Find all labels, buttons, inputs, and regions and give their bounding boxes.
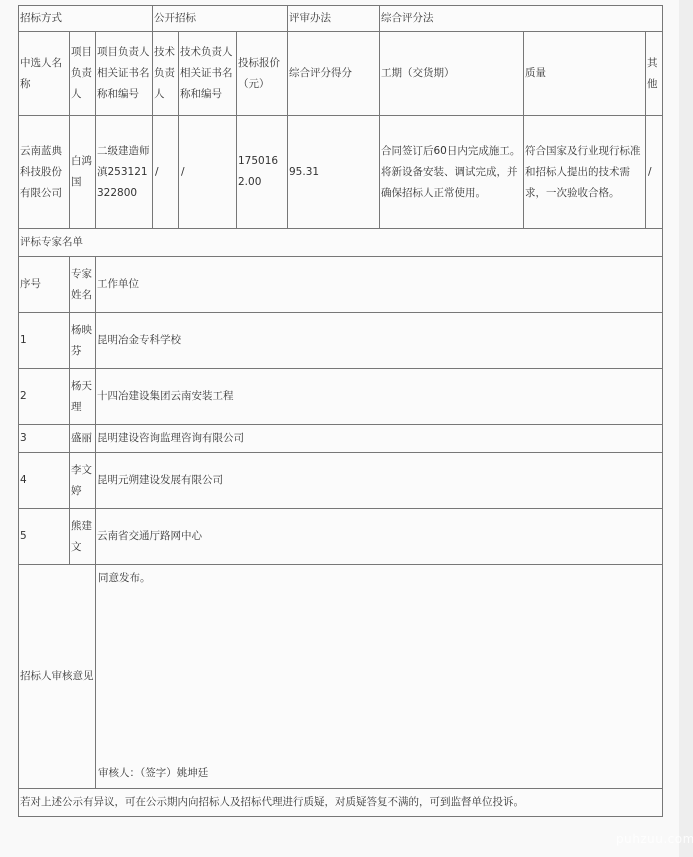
- expert-row: 1 杨映芬 昆明冶金专科学校: [19, 313, 663, 369]
- expert-seq: 5: [19, 509, 70, 565]
- procurement-row: 招标方式 公开招标 评审办法 综合评分法: [19, 6, 663, 32]
- header-quality: 质量: [524, 32, 646, 116]
- expert-name: 杨天理: [70, 369, 96, 425]
- expert-unit: 昆明建设咨询监理咨询有限公司: [96, 425, 663, 453]
- header-name: 中选人名称: [19, 32, 70, 116]
- expert-name: 熊建文: [70, 509, 96, 565]
- expert-unit: 云南省交通厅路网中心: [96, 509, 663, 565]
- winner-duration: 合同签订后60日内完成施工。将新设备安装、调试完成，并确保招标人正常使用。: [380, 116, 524, 229]
- winner-pm-cert: 二级建造师滇253121322800: [96, 116, 153, 229]
- evaluation-label: 评审办法: [288, 6, 380, 32]
- evaluation-value: 综合评分法: [380, 6, 663, 32]
- expert-row: 5 熊建文 云南省交通厅路网中心: [19, 509, 663, 565]
- winner-tech-lead: /: [153, 116, 179, 229]
- expert-seq: 2: [19, 369, 70, 425]
- review-label: 招标人审核意见: [19, 565, 96, 789]
- header-tech-cert: 技术负责人相关证书名称和编号: [179, 32, 237, 116]
- header-tech-lead: 技术负责人: [153, 32, 179, 116]
- header-bid-price: 投标报价（元）: [237, 32, 288, 116]
- reviewer-signature: 审核人：（签字）姚坤廷: [98, 763, 208, 784]
- review-row: 招标人审核意见 同意发布。 审核人：（签字）姚坤廷: [19, 565, 663, 789]
- winner-name: 云南蓝典科技股份有限公司: [19, 116, 70, 229]
- expert-header-name: 专家姓名: [70, 257, 96, 313]
- header-pm-cert: 项目负责人相关证书名称和编号: [96, 32, 153, 116]
- winner-header-row: 中选人名称 项目负责人 项目负责人相关证书名称和编号 技术负责人 技术负责人相关…: [19, 32, 663, 116]
- experts-title-row: 评标专家名单: [19, 229, 663, 257]
- header-pm: 项目负责人: [70, 32, 96, 116]
- watermark: puhzuu.com: [616, 832, 693, 846]
- expert-name: 李文婷: [70, 453, 96, 509]
- winner-quality: 符合国家及行业现行标准和招标人提出的技术需求，一次验收合格。: [524, 116, 646, 229]
- expert-row: 2 杨天理 十四冶建设集团云南安装工程: [19, 369, 663, 425]
- review-opinion: 同意发布。: [98, 568, 151, 589]
- method-value: 公开招标: [153, 6, 288, 32]
- expert-name: 盛丽: [70, 425, 96, 453]
- expert-name: 杨映芬: [70, 313, 96, 369]
- expert-seq: 1: [19, 313, 70, 369]
- experts-header-row: 序号 专家姓名 工作单位: [19, 257, 663, 313]
- header-other: 其他: [646, 32, 663, 116]
- method-label: 招标方式: [19, 6, 153, 32]
- winner-row: 云南蓝典科技股份有限公司 白鸿国 二级建造师滇253121322800 / / …: [19, 116, 663, 229]
- expert-header-seq: 序号: [19, 257, 70, 313]
- expert-header-unit: 工作单位: [96, 257, 663, 313]
- footer-note: 若对上述公示有异议，可在公示期内向招标人及招标代理进行质疑，对质疑答复不满的，可…: [19, 789, 663, 817]
- expert-unit: 昆明冶金专科学校: [96, 313, 663, 369]
- winner-pm: 白鸿国: [70, 116, 96, 229]
- footer-note-row: 若对上述公示有异议，可在公示期内向招标人及招标代理进行质疑，对质疑答复不满的，可…: [19, 789, 663, 817]
- winner-bid-price: 1750162.00: [237, 116, 288, 229]
- winner-score: 95.31: [288, 116, 380, 229]
- winner-tech-cert: /: [179, 116, 237, 229]
- header-score: 综合评分得分: [288, 32, 380, 116]
- expert-unit: 十四冶建设集团云南安装工程: [96, 369, 663, 425]
- experts-section-title: 评标专家名单: [19, 229, 663, 257]
- bid-result-table: 招标方式 公开招标 评审办法 综合评分法 中选人名称 项目负责人 项目负责人相关…: [18, 5, 663, 817]
- review-content: 同意发布。 审核人：（签字）姚坤廷: [96, 565, 663, 789]
- expert-unit: 昆明元朔建设发展有限公司: [96, 453, 663, 509]
- winner-other: /: [646, 116, 663, 229]
- expert-row: 3 盛丽 昆明建设咨询监理咨询有限公司: [19, 425, 663, 453]
- expert-seq: 4: [19, 453, 70, 509]
- expert-seq: 3: [19, 425, 70, 453]
- page-side-strip: [679, 0, 693, 857]
- expert-row: 4 李文婷 昆明元朔建设发展有限公司: [19, 453, 663, 509]
- header-duration: 工期（交货期）: [380, 32, 524, 116]
